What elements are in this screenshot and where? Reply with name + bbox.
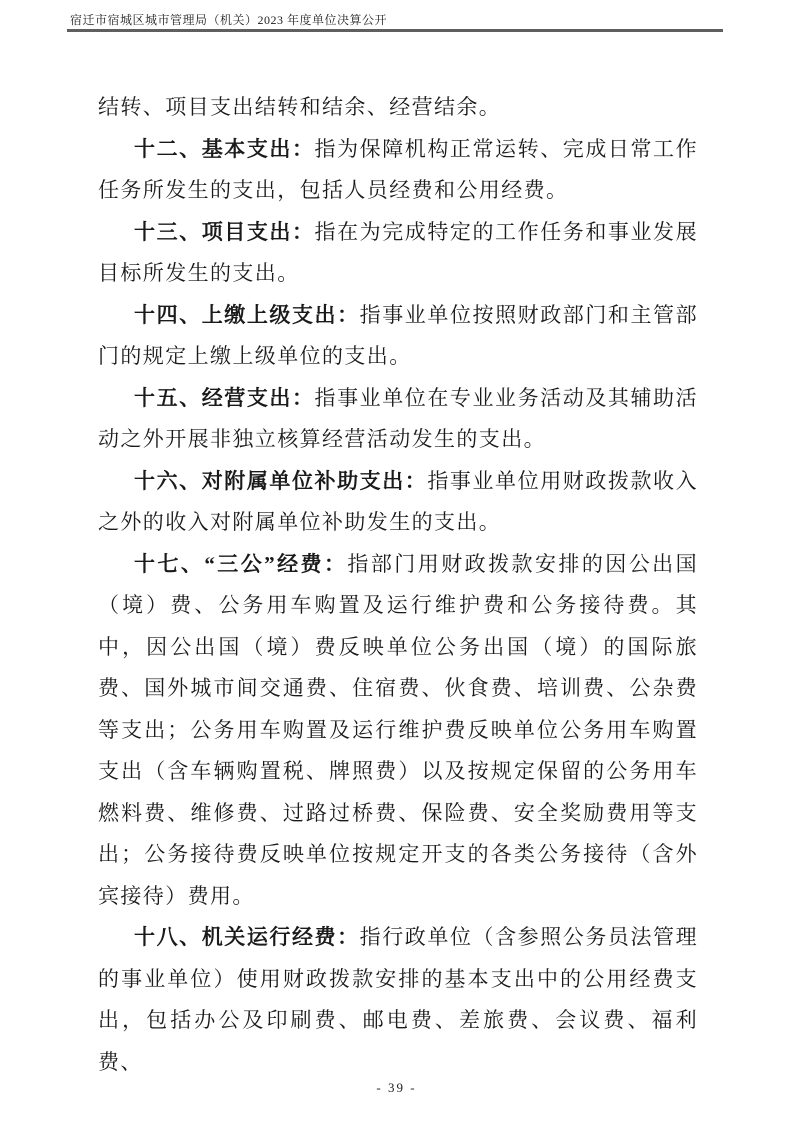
document-page: 宿迁市宿城区城市管理局（机关）2023 年度单位决算公开 结转、项目支出结转和结…	[0, 0, 793, 1122]
paragraph-text: 指部门用财政拨款安排的因公出国（境）费、公务用车购置及运行维护费和公务接待费。其…	[98, 552, 698, 908]
paragraph: 十三、项目支出：指在为完成特定的工作任务和事业发展目标所发生的支出。	[98, 212, 698, 295]
paragraph: 十八、机关运行经费：指行政单位（含参照公务员法管理的事业单位）使用财政拨款安排的…	[98, 917, 698, 1083]
paragraph-lead: 十八、机关运行经费：	[134, 925, 360, 949]
paragraph-lead: 十三、项目支出：	[134, 220, 315, 244]
paragraph: 十五、经营支出：指事业单位在专业业务活动及其辅助活动之外开展非独立核算经营活动发…	[98, 378, 698, 461]
document-header-title: 宿迁市宿城区城市管理局（机关）2023 年度单位决算公开	[70, 13, 726, 28]
paragraph: 十四、上缴上级支出：指事业单位按照财政部门和主管部门的规定上缴上级单位的支出。	[98, 295, 698, 378]
paragraph-lead: 十四、上缴上级支出：	[134, 303, 360, 327]
document-body: 结转、项目支出结转和结余、经营结余。 十二、基本支出：指为保障机构正常运转、完成…	[98, 87, 698, 1083]
paragraph: 十六、对附属单位补助支出：指事业单位用财政拨款收入之外的收入对附属单位补助发生的…	[98, 461, 698, 544]
paragraph-lead: 十六、对附属单位补助支出：	[134, 469, 427, 493]
paragraph: 十七、“三公”经费：指部门用财政拨款安排的因公出国（境）费、公务用车购置及运行维…	[98, 544, 698, 918]
header-rule	[67, 29, 723, 32]
paragraph-lead: 十五、经营支出：	[134, 386, 315, 410]
paragraph: 结转、项目支出结转和结余、经营结余。	[98, 87, 698, 129]
paragraph: 十二、基本支出：指为保障机构正常运转、完成日常工作任务所发生的支出，包括人员经费…	[98, 129, 698, 212]
paragraph-text: 结转、项目支出结转和结余、经营结余。	[98, 95, 501, 119]
paragraph-lead: 十七、“三公”经费：	[134, 552, 347, 576]
page-number: - 39 -	[0, 1080, 793, 1096]
paragraph-lead: 十二、基本支出：	[134, 137, 315, 161]
